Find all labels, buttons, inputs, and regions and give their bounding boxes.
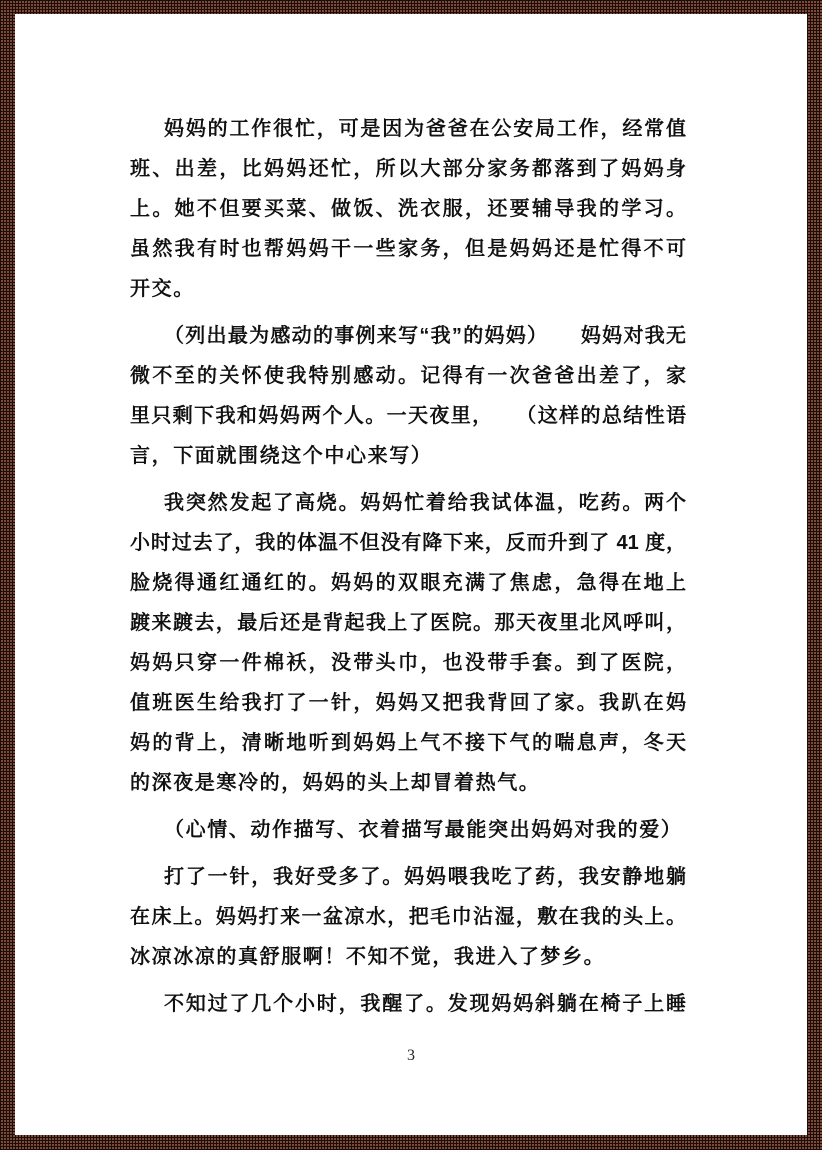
text-line: 的深夜是寒冷的，妈妈的头上却冒着热气。 (130, 763, 686, 803)
text-line: 打了一针，我好受多了。妈妈喂我吃了药，我安静地躺 (130, 857, 686, 897)
paragraph: 妈妈的工作很忙，可是因为爸爸在公安局工作，经常值班、出差，比妈妈还忙，所以大部分… (130, 109, 686, 309)
page-number: 3 (15, 1047, 807, 1065)
text-line: 踱来踱去，最后还是背起我上了医院。那天夜里北风呼叫， (130, 603, 686, 643)
text-line: 在床上。妈妈打来一盆凉水，把毛巾沾湿，敷在我的头上。 (130, 897, 686, 937)
text-line: 冰凉冰凉的真舒服啊！不知不觉，我进入了梦乡。 (130, 937, 686, 977)
text-line: 上。她不但要买菜、做饭、洗衣服，还要辅导我的学习。 (130, 189, 686, 229)
text-line: （列出最为感动的事例来写“我”的妈妈） 妈妈对我无 (130, 316, 686, 356)
text-line: 虽然我有时也帮妈妈干一些家务，但是妈妈还是忙得不可 (130, 229, 686, 269)
paragraph: （心情、动作描写、衣着描写最能突出妈妈对我的爱） (130, 810, 686, 850)
text-line: 脸烧得通红通红的。妈妈的双眼充满了焦虑，急得在地上 (130, 563, 686, 603)
document-page: 妈妈的工作很忙，可是因为爸爸在公安局工作，经常值班、出差，比妈妈还忙，所以大部分… (15, 14, 807, 1135)
text-line: （心情、动作描写、衣着描写最能突出妈妈对我的爱） (130, 810, 686, 850)
paragraph: 我突然发起了高烧。妈妈忙着给我试体温，吃药。两个小时过去了，我的体温不但没有降下… (130, 483, 686, 803)
text-line: 我突然发起了高烧。妈妈忙着给我试体温，吃药。两个 (130, 483, 686, 523)
text-line: 不知过了几个小时，我醒了。发现妈妈斜躺在椅子上睡 (130, 984, 686, 1024)
text-line: 班、出差，比妈妈还忙，所以大部分家务都落到了妈妈身 (130, 149, 686, 189)
text-line: 微不至的关怀使我特别感动。记得有一次爸爸出差了，家 (130, 356, 686, 396)
text-line: 妈妈只穿一件棉袄，没带头巾，也没带手套。到了医院， (130, 643, 686, 683)
text-line: 妈的背上，清晰地听到妈妈上气不接下气的喘息声，冬天 (130, 723, 686, 763)
page-frame: { "document": { "paragraphs": [ { "fill_… (0, 0, 822, 1150)
paragraph: 打了一针，我好受多了。妈妈喂我吃了药，我安静地躺在床上。妈妈打来一盆凉水，把毛巾… (130, 857, 686, 977)
text-line: 妈妈的工作很忙，可是因为爸爸在公安局工作，经常值 (130, 109, 686, 149)
text-body: 妈妈的工作很忙，可是因为爸爸在公安局工作，经常值班、出差，比妈妈还忙，所以大部分… (130, 109, 686, 1024)
text-line: 开交。 (130, 269, 686, 309)
text-line: 里只剩下我和妈妈两个人。一天夜里， （这样的总结性语 (130, 396, 686, 436)
text-line: 言，下面就围绕这个中心来写） (130, 436, 686, 476)
paragraph: （列出最为感动的事例来写“我”的妈妈） 妈妈对我无微不至的关怀使我特别感动。记得… (130, 316, 686, 476)
text-line: 小时过去了，我的体温不但没有降下来，反而升到了 41 度， (130, 523, 686, 563)
text-line: 值班医生给我打了一针，妈妈又把我背回了家。我趴在妈 (130, 683, 686, 723)
paragraph: 不知过了几个小时，我醒了。发现妈妈斜躺在椅子上睡 (130, 984, 686, 1024)
